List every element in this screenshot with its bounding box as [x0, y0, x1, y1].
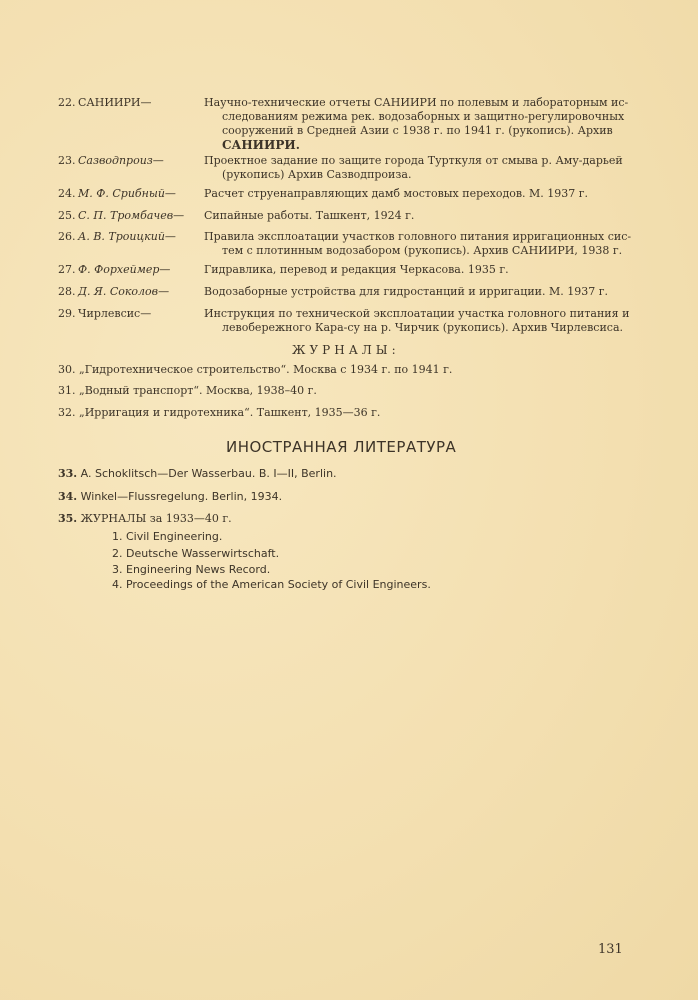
- reference-text: A. Schoklitsch—Der Wasserbau. B. I—II, B…: [81, 467, 337, 480]
- reference-author: Чирлевсис—: [78, 307, 151, 321]
- reference-number: 22.: [58, 96, 76, 110]
- reference-text: ЖУРНАЛЫ за 1933—40 г.: [81, 512, 232, 525]
- foreign-reference-entry: 33. A. Schoklitsch—Der Wasserbau. B. I—I…: [58, 467, 337, 480]
- reference-number: 24.: [58, 187, 76, 201]
- foreign-journal-item: 4. Proceedings of the American Society o…: [112, 577, 431, 592]
- reference-description: Сипайные работы. Ташкент, 1924 г.: [204, 209, 640, 223]
- reference-description: Водозаборные устройства для гидростанций…: [204, 285, 640, 299]
- description-line: Гидравлика, перевод и редакция Черкасова…: [204, 263, 640, 277]
- description-line: Правила эксплоатации участков головного …: [204, 230, 640, 244]
- reference-text: Winkel—Flussregelung. Berlin, 1934.: [81, 490, 282, 503]
- description-line: сооружений в Средней Азии с 1938 г. по 1…: [204, 124, 640, 138]
- reference-description: Расчет струенаправляющих дамб мостовых п…: [204, 187, 640, 201]
- reference-number: 34.: [58, 490, 77, 503]
- reference-author: Сазводпроиз—: [78, 154, 164, 168]
- reference-description: Правила эксплоатации участков головного …: [204, 230, 640, 258]
- journal-entry: 30. „Гидротехническое строительство“. Мо…: [58, 363, 452, 376]
- reference-author: САНИИРИ—: [78, 96, 152, 110]
- foreign-reference-entry: 34. Winkel—Flussregelung. Berlin, 1934.: [58, 490, 282, 503]
- foreign-journal-item: 1. Civil Engineering.: [112, 529, 222, 544]
- description-line: Проектное задание по защите города Туртк…: [204, 154, 640, 168]
- reference-number: 23.: [58, 154, 76, 168]
- reference-number: 25.: [58, 209, 76, 223]
- reference-author: М. Ф. Срибный—: [78, 187, 176, 201]
- journals-heading: ЖУРНАЛЫ:: [292, 343, 400, 357]
- document-page: 22. САНИИРИ— Научно-технические отчеты С…: [0, 0, 698, 1000]
- reference-description: Научно-технические отчеты САНИИРИ по пол…: [204, 96, 640, 152]
- foreign-literature-heading: ИНОСТРАННАЯ ЛИТЕРАТУРА: [226, 438, 456, 456]
- reference-description: Проектное задание по защите города Туртк…: [204, 154, 640, 182]
- reference-number: 35.: [58, 512, 77, 525]
- foreign-reference-entry: 35. ЖУРНАЛЫ за 1933—40 г.: [58, 512, 232, 525]
- reference-author: Ф. Форхеймер—: [78, 263, 170, 277]
- reference-description: Гидравлика, перевод и редакция Черкасова…: [204, 263, 640, 277]
- description-line: САНИИРИ.: [204, 138, 640, 152]
- description-line: Сипайные работы. Ташкент, 1924 г.: [204, 209, 640, 223]
- description-line: (рукопись) Архив Сазводпроиза.: [204, 168, 640, 182]
- reference-description: Инструкция по технической эксплоатации у…: [204, 307, 640, 335]
- reference-author: Д. Я. Соколов—: [78, 285, 169, 299]
- reference-author: С. П. Тромбачев—: [78, 209, 184, 223]
- reference-number: 27.: [58, 263, 76, 277]
- foreign-journal-item: 2. Deutsche Wasserwirtschaft.: [112, 546, 279, 561]
- description-line: следованиям режима рек. водозаборных и з…: [204, 110, 640, 124]
- journal-entry: 32. „Ирригация и гидротехника“. Ташкент,…: [58, 406, 380, 419]
- reference-number: 29.: [58, 307, 76, 321]
- page-number: 131: [598, 942, 623, 957]
- reference-number: 26.: [58, 230, 76, 244]
- reference-number: 28.: [58, 285, 76, 299]
- description-line: тем с плотинным водозабором (рукопись). …: [204, 244, 640, 258]
- description-line: Расчет струенаправляющих дамб мостовых п…: [204, 187, 640, 201]
- description-line: Водозаборные устройства для гидростанций…: [204, 285, 640, 299]
- description-line: Научно-технические отчеты САНИИРИ по пол…: [204, 96, 640, 110]
- reference-author: А. В. Троицкий—: [78, 230, 176, 244]
- foreign-journal-item: 3. Engineering News Record.: [112, 562, 270, 577]
- reference-number: 33.: [58, 467, 77, 480]
- description-line: Инструкция по технической эксплоатации у…: [204, 307, 640, 321]
- journal-entry: 31. „Водный транспорт“. Москва, 1938–40 …: [58, 384, 317, 397]
- description-line: левобережного Кара-су на р. Чирчик (руко…: [204, 321, 640, 335]
